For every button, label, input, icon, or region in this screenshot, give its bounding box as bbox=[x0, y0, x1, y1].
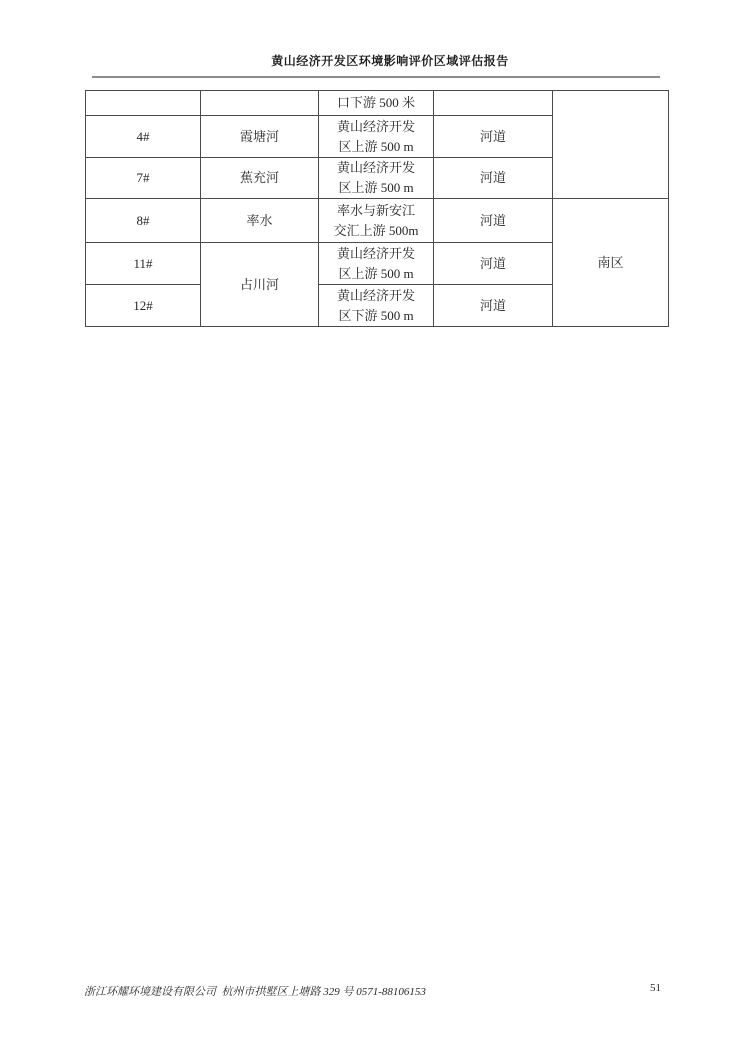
table-cell-point-id: 8# bbox=[86, 199, 201, 243]
table-row: 8# 率水 率水与新安江 交汇上游 500m 河道 南区 bbox=[86, 199, 669, 243]
table-cell-type: 河道 bbox=[434, 285, 553, 327]
table-cell-river-name: 率水 bbox=[201, 199, 319, 243]
table-cell-zone bbox=[553, 91, 669, 199]
table-cell-location: 黄山经济开发 区上游 500 m bbox=[319, 243, 434, 285]
page-number: 51 bbox=[650, 982, 661, 994]
table-cell-zone: 南区 bbox=[553, 199, 669, 327]
table-cell-type bbox=[434, 91, 553, 116]
table-cell-river-name: 占川河 bbox=[201, 243, 319, 327]
table-cell-location: 率水与新安江 交汇上游 500m bbox=[319, 199, 434, 243]
table-cell-type: 河道 bbox=[434, 116, 553, 158]
page-header-title: 黄山经济开发区环境影响评价区域评估报告 bbox=[15, 52, 750, 69]
table-cell-point-id: 12# bbox=[86, 285, 201, 327]
table-cell-type: 河道 bbox=[434, 243, 553, 285]
table-cell-location: 口下游 500 米 bbox=[319, 91, 434, 116]
table-cell-river-name: 霞塘河 bbox=[201, 116, 319, 158]
table-row: 口下游 500 米 bbox=[86, 91, 669, 116]
table-cell-type: 河道 bbox=[434, 199, 553, 243]
table-cell-location: 黄山经济开发 区下游 500 m bbox=[319, 285, 434, 327]
table-cell-point-id bbox=[86, 91, 201, 116]
table-cell-river-name: 蕉充河 bbox=[201, 158, 319, 199]
table-cell-point-id: 11# bbox=[86, 243, 201, 285]
table-cell-location: 黄山经济开发 区上游 500 m bbox=[319, 158, 434, 199]
table-cell-point-id: 7# bbox=[86, 158, 201, 199]
table-cell-type: 河道 bbox=[434, 158, 553, 199]
table-cell-river-name bbox=[201, 91, 319, 116]
table-cell-location: 黄山经济开发 区上游 500 m bbox=[319, 116, 434, 158]
footer-company-info: 浙江环耀环境建设有限公司 杭州市拱墅区上塘路 329 号 0571-881061… bbox=[84, 983, 426, 999]
monitoring-points-table: 口下游 500 米 4# 霞塘河 黄山经济开发 区上游 500 m 河道 7# … bbox=[85, 90, 669, 327]
table-cell-point-id: 4# bbox=[86, 116, 201, 158]
header-divider bbox=[92, 76, 660, 78]
document-page: 黄山经济开发区环境影响评价区域评估报告 口下游 500 米 4# 霞塘河 黄山经… bbox=[0, 0, 750, 1061]
